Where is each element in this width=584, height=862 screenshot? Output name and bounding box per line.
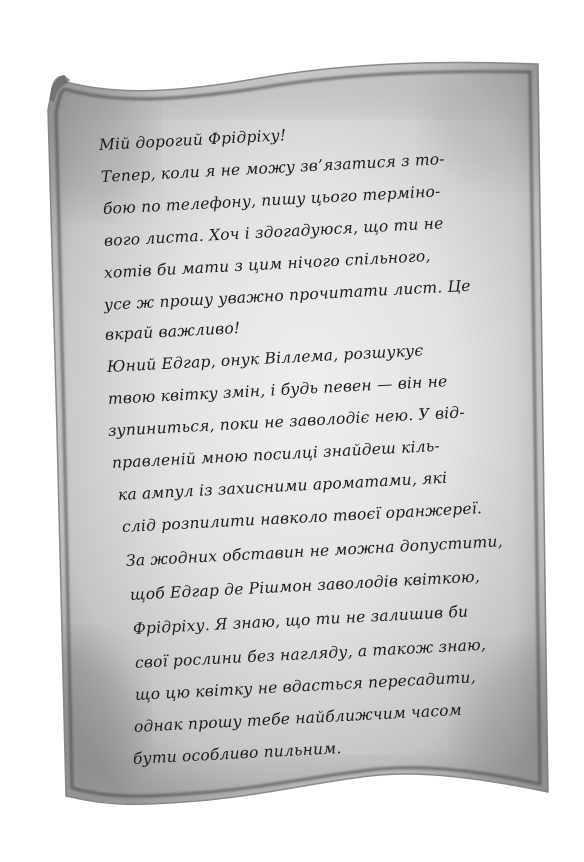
- letter-page: Мій дорогий Фрідріху! Тепер, коли я не м…: [0, 0, 584, 862]
- parchment-paper: [0, 0, 584, 862]
